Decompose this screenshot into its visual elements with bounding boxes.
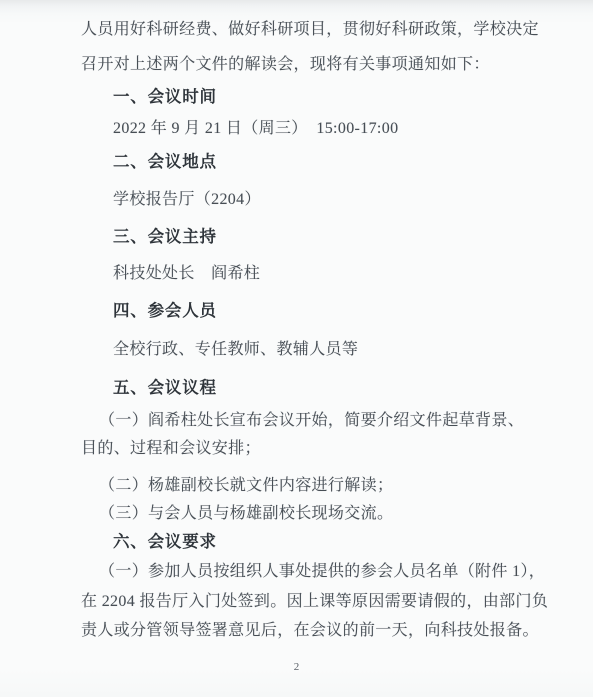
section-heading-requirements: 六、会议要求 [113,533,217,551]
section-heading-meeting-host: 三、会议主持 [113,228,217,246]
body-line: 召开对上述两个文件的解读会，现将有关事项通知如下： [81,56,490,74]
requirement-item-1-continuation: 责人或分管领导签署意见后，在会议的前一天，向科技处报备。 [81,622,539,640]
agenda-item-2: （二）杨雄副校长就文件内容进行解读； [99,477,393,495]
requirement-item-1-continuation: 在 2204 报告厅入门处签到。因上课等原因需要请假的，由部门负 [81,593,548,611]
agenda-item-1-continuation: 目的、过程和会议安排； [81,440,261,458]
page-number: 2 [0,661,593,673]
meeting-time-value: 2022 年 9 月 21 日（周三） 15:00-17:00 [113,120,398,138]
meeting-location-value: 学校报告厅（2204） [113,191,261,209]
document-page: 人员用好科研经费、做好科研项目，贯彻好科研政策，学校决定 召开对上述两个文件的解… [0,0,593,697]
attendees-value: 全校行政、专任教师、教辅人员等 [113,341,358,359]
section-heading-meeting-time: 一、会议时间 [113,88,217,106]
body-line: 人员用好科研经费、做好科研项目，贯彻好科研政策，学校决定 [81,21,539,39]
requirement-item-1: （一）参加人员按组织人事处提供的参会人员名单（附件 1）， [99,563,545,581]
meeting-host-value: 科技处处长 阎希柱 [113,265,260,283]
agenda-item-3: （三）与会人员与杨雄副校长现场交流。 [99,505,393,523]
section-heading-meeting-location: 二、会议地点 [113,153,217,171]
section-heading-agenda: 五、会议议程 [113,379,217,397]
agenda-item-1: （一）阎希柱处长宣布会议开始，简要介绍文件起草背景、 [99,412,524,430]
section-heading-attendees: 四、参会人员 [113,302,217,320]
